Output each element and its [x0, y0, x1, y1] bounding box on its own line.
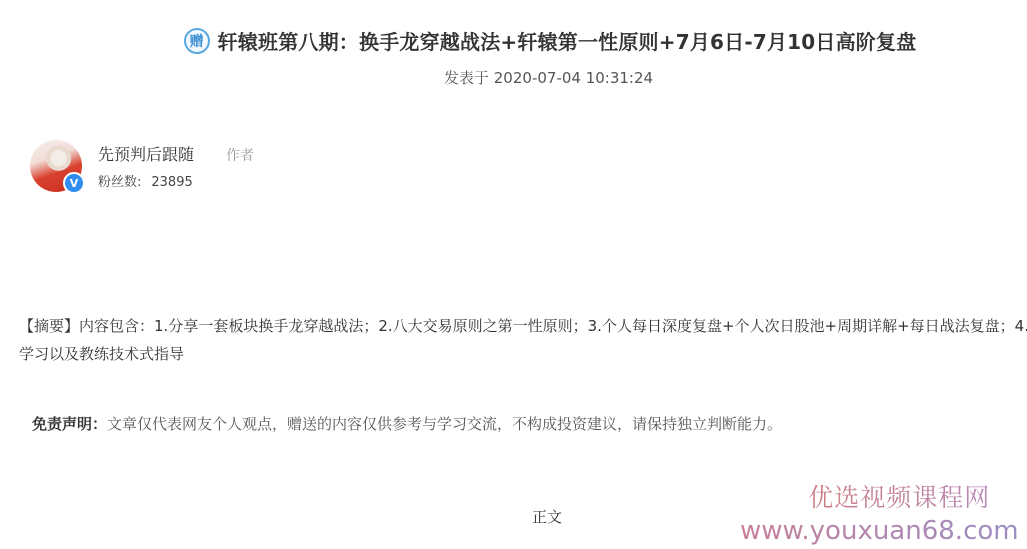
fans-count: 粉丝数:23895	[98, 171, 254, 190]
verified-icon: V	[63, 172, 85, 194]
author-name[interactable]: 先预判后跟随	[98, 142, 194, 165]
watermark-url: www.youxuan68.com	[740, 516, 1019, 546]
article-summary: 【摘要】内容包含：1.分享一套板块换手龙穿越战法；2.八大交易原则之第一性原则；…	[19, 312, 1027, 368]
author-card: V 先预判后跟随 作者 粉丝数:23895	[30, 140, 254, 192]
avatar[interactable]: V	[30, 140, 82, 192]
article-header: 赠 轩辕班第八期：换手龙穿越战法+轩辕第一性原则+7月6日-7月10日高阶复盘	[0, 26, 1027, 55]
author-tag: 作者	[226, 145, 254, 165]
publish-date: 发表于 2020-07-04 10:31:24	[444, 67, 653, 88]
watermark-cn: 优选视频课程网	[780, 478, 1019, 514]
gift-icon: 赠	[184, 28, 210, 54]
author-info: 先预判后跟随 作者 粉丝数:23895	[98, 142, 254, 190]
disclaimer-label: 免责声明：	[32, 415, 107, 433]
watermark: 优选视频课程网 www.youxuan68.com	[740, 478, 1019, 546]
article-title: 轩辕班第八期：换手龙穿越战法+轩辕第一性原则+7月6日-7月10日高阶复盘	[218, 26, 917, 55]
disclaimer-text: 文章仅代表网友个人观点，赠送的内容仅供参考与学习交流，不构成投资建议，请保持独立…	[107, 415, 782, 433]
fans-label: 粉丝数:	[98, 175, 141, 190]
disclaimer: 免责声明：文章仅代表网友个人观点，赠送的内容仅供参考与学习交流，不构成投资建议，…	[32, 413, 782, 434]
fans-value: 23895	[151, 175, 192, 190]
body-section-label: 正文	[532, 506, 562, 527]
